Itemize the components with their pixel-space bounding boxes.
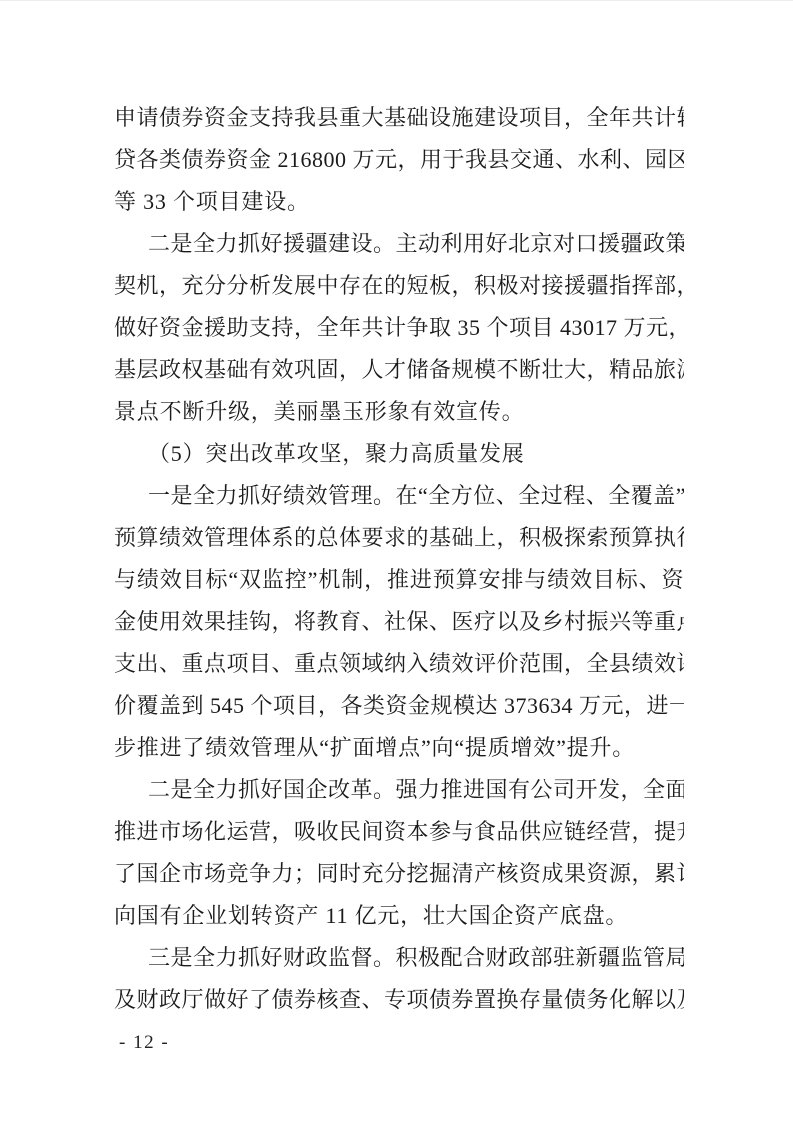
document-body: 申请债券资金支持我县重大基础设施建设项目，全年共计转贷各类债券资金 216800… [114,97,684,1021]
text-line: 向国有企业划转资产 11 亿元，壮大国企资产底盘。 [114,895,684,937]
text-line: 步推进了绩效管理从“扩面增点”向“提质增效”提升。 [114,727,684,769]
document-page: 申请债券资金支持我县重大基础设施建设项目，全年共计转贷各类债券资金 216800… [0,0,793,1122]
text-line: 三是全力抓好财政监督。积极配合财政部驻新疆监管局 [114,937,684,979]
text-line: 与绩效目标“双监控”机制，推进预算安排与绩效目标、资 [114,559,684,601]
text-line: 做好资金援助支持，全年共计争取 35 个项目 43017 万元， [114,307,684,349]
text-line: 价覆盖到 545 个项目，各类资金规模达 373634 万元，进一 [114,685,684,727]
section-heading: （5）突出改革攻坚，聚力高质量发展 [114,433,684,475]
text-line: 了国企市场竞争力；同时充分挖掘清产核资成果资源，累计 [114,853,684,895]
text-line: 预算绩效管理体系的总体要求的基础上，积极探索预算执行 [114,517,684,559]
text-line: 一是全力抓好绩效管理。在“全方位、全过程、全覆盖” [114,475,684,517]
text-line: 及财政厅做好了债券核查、专项债券置换存量债务化解以及 [114,979,684,1021]
text-line: 二是全力抓好国企改革。强力推进国有公司开发，全面 [114,769,684,811]
text-line: 贷各类债券资金 216800 万元，用于我县交通、水利、园区 [114,139,684,181]
text-line: 推进市场化运营，吸收民间资本参与食品供应链经营，提升 [114,811,684,853]
text-line: 金使用效果挂钩，将教育、社保、医疗以及乡村振兴等重点 [114,601,684,643]
text-line: 景点不断升级，美丽墨玉形象有效宣传。 [114,391,684,433]
text-line: 契机，充分分析发展中存在的短板，积极对接援疆指挥部， [114,265,684,307]
page-number: - 12 - [119,1032,169,1054]
text-line: 二是全力抓好援疆建设。主动利用好北京对口援疆政策 [114,223,684,265]
text-line: 基层政权基础有效巩固，人才储备规模不断壮大，精品旅游 [114,349,684,391]
text-line: 等 33 个项目建设。 [114,181,684,223]
text-line: 支出、重点项目、重点领域纳入绩效评价范围，全县绩效评 [114,643,684,685]
text-line: 申请债券资金支持我县重大基础设施建设项目，全年共计转 [114,97,684,139]
